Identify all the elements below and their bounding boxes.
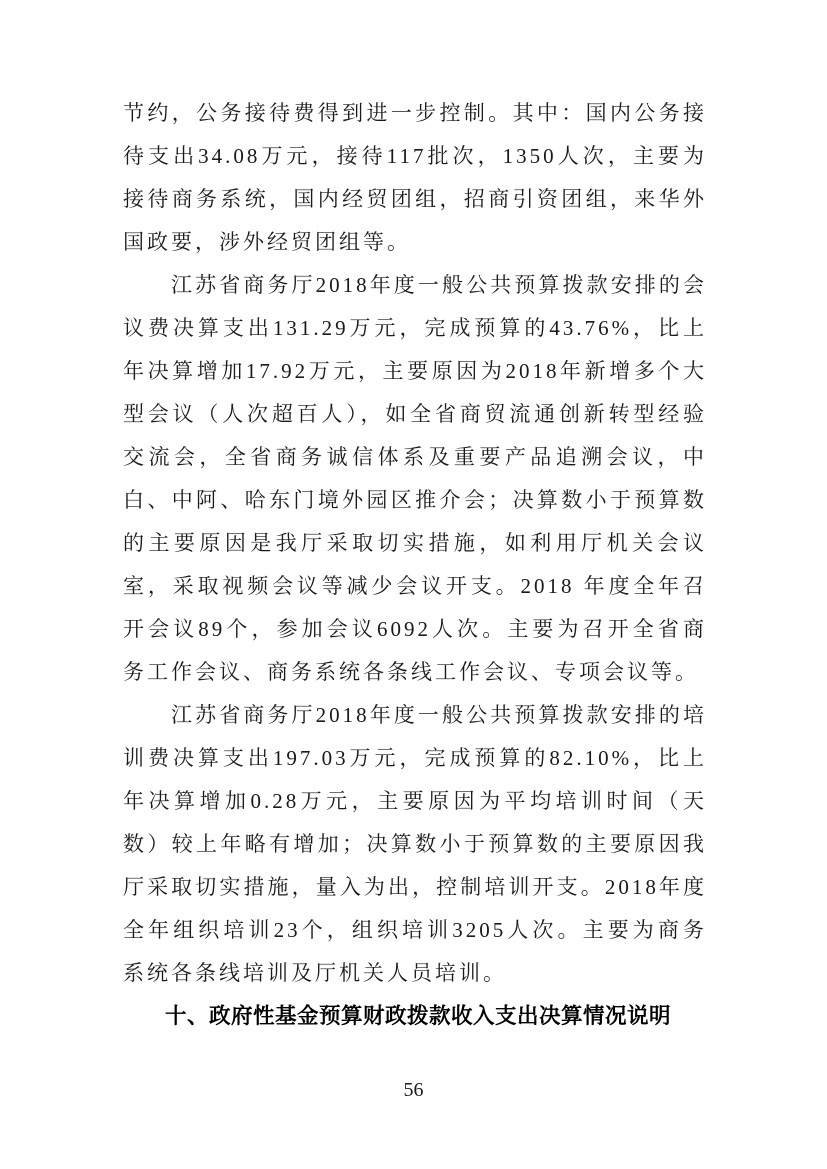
body-paragraph: 节约，公务接待费得到进一步控制。其中：国内公务接待支出34.08万元，接待117…	[123, 92, 707, 264]
document-page: 节约，公务接待费得到进一步控制。其中：国内公务接待支出34.08万元，接待117…	[0, 0, 827, 1169]
section-heading: 十、政府性基金预算财政拨款收入支出决算情况说明	[123, 995, 707, 1038]
page-number: 56	[0, 1078, 827, 1102]
body-paragraph: 江苏省商务厅2018年度一般公共预算拨款安排的会议费决算支出131.29万元，完…	[123, 264, 707, 694]
body-paragraph: 江苏省商务厅2018年度一般公共预算拨款安排的培训费决算支出197.03万元，完…	[123, 694, 707, 995]
page-body: 节约，公务接待费得到进一步控制。其中：国内公务接待支出34.08万元，接待117…	[123, 92, 707, 1038]
